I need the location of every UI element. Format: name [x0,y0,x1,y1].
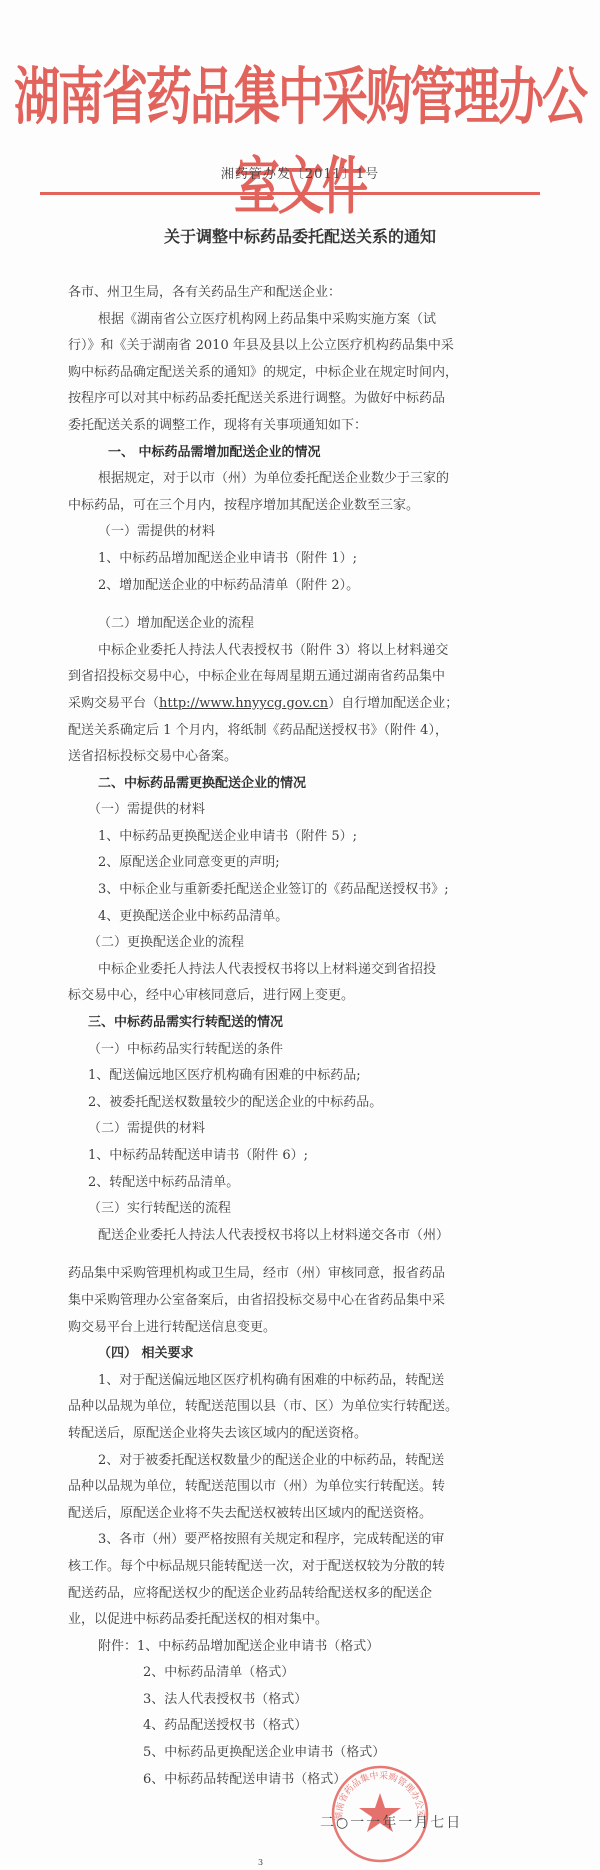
intro-line: 行）》和《关于湖南省 2010 年县及县以上公立医疗机构药品集中采 [68,333,538,360]
paragraph-line: 集中采购管理办公室备案后，由省招投标交易中心在省药品集中采 [68,1288,538,1315]
paragraph-line: 配送企业委托人持法人代表授权书将以上材料递交各市（州） [68,1223,538,1250]
list-item: 2、原配送企业同意变更的声明; [68,850,538,877]
section-1-heading: 一、 中标药品需增加配送企业的情况 [68,440,538,467]
paragraph-line: 标交易中心，经中心审核同意后，进行网上变更。 [68,983,538,1010]
intro-line: 根据《湖南省公立医疗机构网上药品集中采购实施方案（试 [68,307,538,334]
section-3-heading: 三、中标药品需实行转配送的情况 [68,1010,538,1037]
issue-date: 二○一一年一月七日 [320,1812,462,1832]
text: 采购交易平台（ [68,696,159,711]
intro-line: 按程序可以对其中标药品委托配送关系进行调整。为做好中标药品 [68,386,538,413]
paragraph-line: 购交易平台上进行转配送信息变更。 [68,1315,538,1342]
subsection-heading: （四） 相关要求 [68,1341,538,1368]
requirement-line: 核工作。每个中标品规只能转配送一次，对于配送权较为分散的转 [68,1554,538,1581]
paragraph-line: 中标企业委托人持法人代表授权书（附件 3）将以上材料递交 [68,638,538,665]
list-item: 2、增加配送企业的中标药品清单（附件 2）。 [68,573,538,600]
requirement-line: 配送药品，应将配送权少的配送企业药品转给配送权多的配送企 [68,1581,538,1608]
requirement-line: 3、各市（州）要严格按照有关规定和程序，完成转配送的审 [68,1527,538,1554]
page-number: 3 [258,1858,263,1867]
document-page: 湖南省药品集中采购管理办公室文件 湘药管办发〔2011〕1号 关于调整中标药品委… [0,0,600,1870]
attachment-item: 6、中标药品转配送申请书（格式） [68,1767,538,1794]
document-body: 各市、州卫生局，各有关药品生产和配送企业： 根据《湖南省公立医疗机构网上药品集中… [68,280,538,1793]
requirement-line: 业，以促进中标药品委托配送权的相对集中。 [68,1607,538,1634]
subsection-heading: （一）中标药品实行转配送的条件 [68,1037,538,1064]
paragraph-line: 到省招投标交易中心，中标企业在每周星期五通过湖南省药品集中 [68,664,538,691]
text: ）自行增加配送企业； [328,696,458,711]
subsection-heading: （二）增加配送企业的流程 [68,611,538,638]
list-item: 4、更换配送企业中标药品清单。 [68,904,538,931]
paragraph-line: 采购交易平台（http://www.hnyycg.gov.cn）自行增加配送企业… [68,691,538,718]
paragraph-line: 配送关系确定后 1 个月内，将纸制《药品配送授权书》（附件 4）， [68,718,538,745]
attachment-item: 1、中标药品增加配送企业申请书（格式） [137,1639,379,1654]
paragraph-line: 中标企业委托人持法人代表授权书将以上材料递交到省招投 [68,957,538,984]
subsection-heading-text: （四） 相关要求 [98,1346,194,1361]
list-item: 1、中标药品更换配送企业申请书（附件 5）; [68,824,538,851]
list-item: 1、配送偏远地区医疗机构确有困难的中标药品; [68,1063,538,1090]
requirement-line: 转配送后，原配送企业将失去该区域内的配送资格。 [68,1421,538,1448]
red-divider-rule [40,192,540,195]
requirement-line: 品种以品规为单位，转配送范围以县（市、区）为单位实行转配送。 [68,1394,538,1421]
intro-line: 委托配送关系的调整工作，现将有关事项通知如下： [68,413,538,440]
paragraph-line: 送省招标投标交易中心备案。 [68,744,538,771]
attachment-item: 2、中标药品清单（格式） [68,1660,538,1687]
requirement-line: 配送后，原配送企业将不失去配送权被转出区域内的配送资格。 [68,1501,538,1528]
paragraph-line: 中标药品，可在三个月内，按程序增加其配送企业数至三家。 [68,493,538,520]
platform-url-link[interactable]: http://www.hnyycg.gov.cn [159,696,328,711]
subsection-heading: （二）需提供的材料 [68,1116,538,1143]
notice-title: 关于调整中标药品委托配送关系的通知 [0,224,600,247]
attachment-label: 附件： [98,1639,137,1654]
attachment-item: 4、药品配送授权书（格式） [68,1713,538,1740]
document-masthead: 湖南省药品集中采购管理办公室文件 [0,48,600,226]
attachment-list: 附件：1、中标药品增加配送企业申请书（格式） [68,1634,538,1661]
subsection-heading: （一）需提供的材料 [68,519,538,546]
paragraph-line: 药品集中采购管理机构或卫生局，经市（州）审核同意，报省药品 [68,1261,538,1288]
section-2-heading: 二、中标药品需更换配送企业的情况 [68,771,538,798]
intro-line: 购中标药品确定配送关系的通知》的规定，中标企业在规定时间内， [68,360,538,387]
subsection-heading: （一）需提供的材料 [68,797,538,824]
requirement-line: 2、对于被委托配送权数量少的配送企业的中标药品，转配送 [68,1448,538,1475]
list-item: 2、转配送中标药品清单。 [68,1170,538,1197]
salutation: 各市、州卫生局，各有关药品生产和配送企业： [68,280,538,307]
requirement-line: 1、对于配送偏远地区医疗机构确有困难的中标药品，转配送 [68,1368,538,1395]
subsection-heading: （二）更换配送企业的流程 [68,930,538,957]
requirement-line: 品种以品规为单位，转配送范围以市（州）为单位实行转配送。转 [68,1474,538,1501]
list-item: 1、中标药品转配送申请书（附件 6）; [68,1143,538,1170]
list-item: 1、中标药品增加配送企业申请书（附件 1）; [68,546,538,573]
attachment-item: 5、中标药品更换配送企业申请书（格式） [68,1740,538,1767]
paragraph-line: 根据规定，对于以市（州）为单位委托配送企业数少于三家的 [68,466,538,493]
list-item: 2、被委托配送权数量较少的配送企业的中标药品。 [68,1090,538,1117]
attachment-item: 3、法人代表授权书（格式） [68,1687,538,1714]
document-number: 湘药管办发〔2011〕1号 [0,163,600,182]
subsection-heading: （三）实行转配送的流程 [68,1196,538,1223]
list-item: 3、中标企业与重新委托配送企业签订的《药品配送授权书》; [68,877,538,904]
